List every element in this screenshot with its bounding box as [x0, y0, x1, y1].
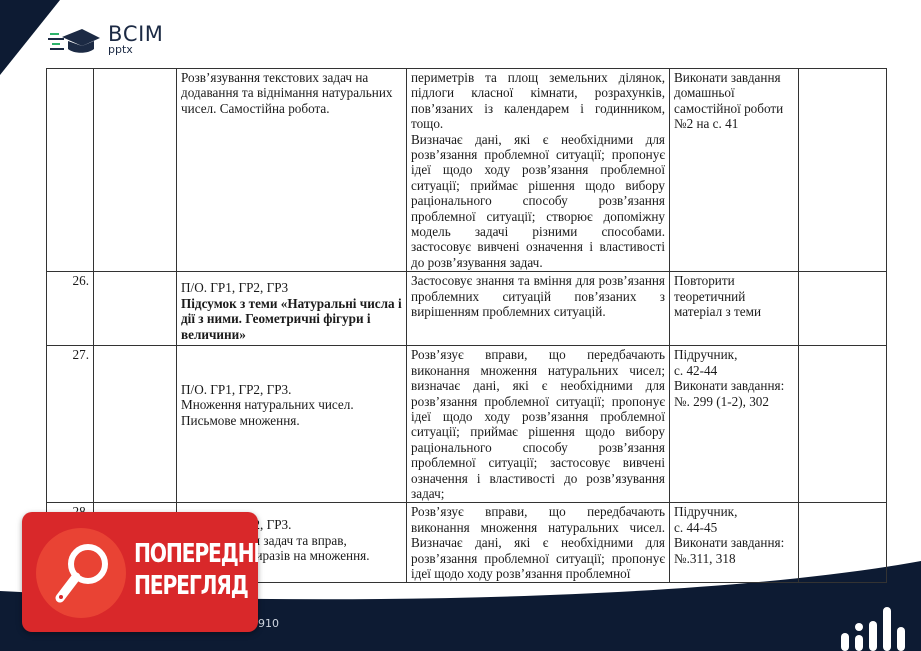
lesson-number [47, 69, 94, 272]
notes-cell [799, 503, 887, 583]
lesson-number: 27. [47, 346, 94, 503]
page-number: 910 [258, 617, 279, 630]
notes-cell [799, 346, 887, 503]
logo: ВСІМ pptx [48, 24, 163, 55]
table-row: Розв’язування текстових задач на додаван… [47, 69, 887, 272]
table-row: 26. П/О. ГР1, ГР2, ГР3 Підсумок з теми «… [47, 272, 887, 346]
preview-label: ПОПЕРЕДНІЙ ПЕРЕГЛЯД [134, 538, 258, 602]
date-cell [94, 272, 177, 346]
date-cell [94, 69, 177, 272]
student-activity: Розв’язує вправи, що передбачають викона… [407, 346, 670, 503]
homework: Підручник, с. 44-45 Виконати завдання: №… [670, 503, 799, 583]
date-cell [94, 346, 177, 503]
preview-badge[interactable]: ПОПЕРЕДНІЙ ПЕРЕГЛЯД [22, 512, 258, 632]
lesson-number: 26. [47, 272, 94, 346]
student-activity: Розв’язує вправи, що передбачають викона… [407, 503, 670, 583]
lesson-topic: Розв’язування текстових задач на додаван… [177, 69, 407, 272]
student-activity: Застосовує знання та вміння для розв’яза… [407, 272, 670, 346]
homework: Підручник, с. 42-44 Виконати завдання: №… [670, 346, 799, 503]
lesson-plan-table: Розв’язування текстових задач на додаван… [46, 68, 887, 583]
lesson-topic: П/О. ГР1, ГР2, ГР3 Підсумок з теми «Нату… [177, 272, 407, 346]
notes-cell [799, 69, 887, 272]
homework: Повторити теоретичний матеріал з теми [670, 272, 799, 346]
notes-cell [799, 272, 887, 346]
magnifier-icon [50, 540, 114, 610]
table-row: 27. П/О. ГР1, ГР2, ГР3. Множення натурал… [47, 346, 887, 503]
logo-title: ВСІМ [108, 24, 163, 45]
lesson-topic: П/О. ГР1, ГР2, ГР3. Множення натуральних… [177, 346, 407, 503]
brand-bars-icon [839, 603, 911, 651]
graduation-cap-icon [48, 25, 102, 55]
student-activity: периметрів та площ земельних ділянок, пі… [407, 69, 670, 272]
homework: Виконати завдання домашньої самостійної … [670, 69, 799, 272]
